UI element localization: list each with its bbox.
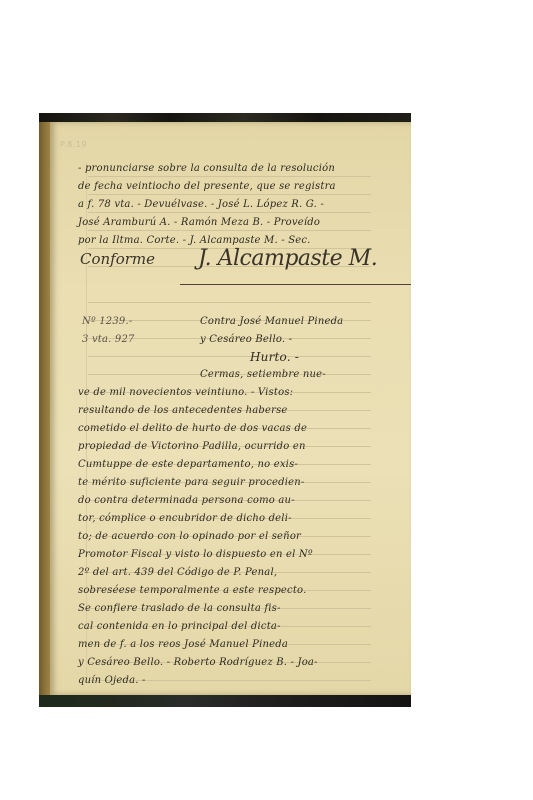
entry-body-line: ve de mil novecientos veintiuno. - Visto… [78, 386, 408, 400]
entry-body-line: cometido el delito de hurto de dos vacas… [78, 422, 408, 436]
entry-body-line: cal contenida en lo principal del dicta- [78, 620, 408, 634]
header-line-1: - pronunciarse sobre la consulta de la r… [78, 162, 408, 176]
page-stamp: P.8.19 [60, 140, 87, 149]
entry-body-line: tor, cómplice o encubridor de dicho deli… [78, 512, 408, 526]
entry-body-line: men de f. a los reos José Manuel Pineda [78, 638, 408, 652]
signature: J. Alcampaste M. [198, 246, 377, 271]
scan-bottom-edge [39, 695, 411, 707]
entry-folio: 3 vta. 927 [82, 333, 172, 347]
entry-body-line: propiedad de Victorino Padilla, ocurrido… [78, 440, 408, 454]
document-photo: P.8.19 - pronunciarse sobre la consulta [39, 113, 411, 707]
entry-body-line: Cermas, setiembre nue- [200, 368, 400, 382]
header-line-2: de fecha veintiocho del presente, que se… [78, 180, 408, 194]
entry-body-line: te mérito suficiente para seguir procedi… [78, 476, 408, 490]
entry-crime: Hurto. - [250, 350, 370, 364]
header-line-4: José Aramburú A. - Ramón Meza B. - Prove… [78, 216, 408, 230]
entry-parties-2: y Cesáreo Bello. - [200, 333, 400, 347]
entry-body-line: 2º del art. 439 del Código de P. Penal, [78, 566, 408, 580]
header-line-3: a f. 78 vta. - Devuélvase. - José L. Lóp… [78, 198, 408, 212]
ruled-line [88, 230, 371, 231]
entry-body-line: quín Ojeda. - [78, 674, 408, 688]
ruled-line [88, 176, 371, 177]
conforme-text: Conforme [80, 250, 155, 268]
ruled-line [88, 302, 371, 303]
signature-underline [180, 284, 411, 285]
entry-body-line: sobreséese temporalmente a este respecto… [78, 584, 408, 598]
entry-body-line: Promotor Fiscal y visto lo dispuesto en … [78, 548, 408, 562]
register-page: P.8.19 - pronunciarse sobre la consulta [50, 122, 411, 695]
entry-body-line: resultando de los antecedentes haberse [78, 404, 408, 418]
entry-number: Nº 1239.- [82, 315, 172, 329]
entry-parties-1: Contra José Manuel Pineda [200, 315, 400, 329]
ruled-line [88, 194, 371, 195]
entry-body-line: y Cesáreo Bello. - Roberto Rodríguez B. … [78, 656, 408, 670]
scan-top-edge [39, 113, 411, 122]
entry-body-line: to; de acuerdo con lo opinado por el señ… [78, 530, 408, 544]
entry-body-line: do contra determinada persona como au- [78, 494, 408, 508]
entry-body-line: Se confiere traslado de la consulta fis- [78, 602, 408, 616]
entry-body-line: Cumtuppe de este departamento, no exis- [78, 458, 408, 472]
ruled-line [88, 212, 371, 213]
